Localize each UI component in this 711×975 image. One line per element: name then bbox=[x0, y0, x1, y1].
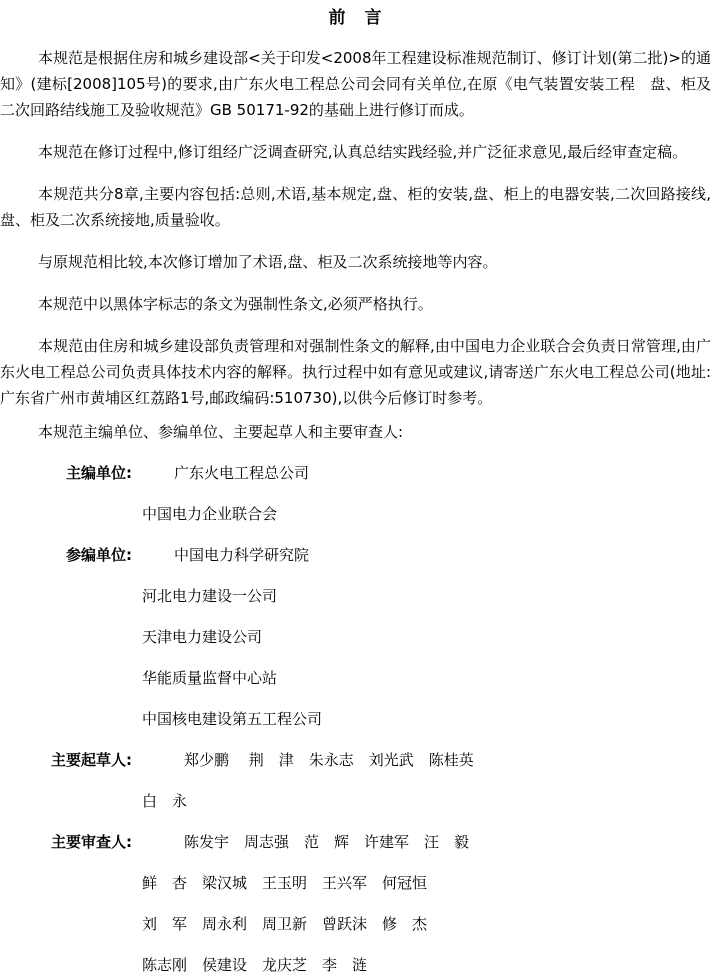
roster-row-chief-reviewers-cont: 刘 军 周永利 周卫新 曾跃沫 修 杰 bbox=[0, 911, 711, 937]
roster-value: 中国电力企业联合会 bbox=[142, 501, 277, 527]
foreword-paragraph-3: 本规范共分8章,主要内容包括:总则,术语,基本规定,盘、柜的安装,盘、柜上的电器… bbox=[0, 181, 711, 233]
roster-value: 河北电力建设一公司 bbox=[142, 583, 277, 609]
credits-roster: 主编单位:广东火电工程总公司 中国电力企业联合会 参编单位:中国电力科学研究院 … bbox=[0, 460, 711, 975]
roster-value: 陈志刚 侯建设 龙庆芝 李 涟 bbox=[142, 952, 367, 975]
roster-value: 天津电力建设公司 bbox=[142, 624, 262, 650]
roster-row-participating-unit-cont: 河北电力建设一公司 bbox=[0, 583, 711, 609]
foreword-paragraph-2: 本规范在修订过程中,修订组经广泛调查研究,认真总结实践经验,并广泛征求意见,最后… bbox=[0, 139, 711, 165]
roster-row-chief-drafters: 主要起草人:郑少鹏 荆 津 朱永志 刘光武 陈桂英 bbox=[0, 747, 711, 773]
roster-row-chief-reviewers-cont: 陈志刚 侯建设 龙庆芝 李 涟 bbox=[0, 952, 711, 975]
roster-row-chief-editor-unit: 主编单位:广东火电工程总公司 bbox=[0, 460, 711, 486]
roster-label: 主编单位: bbox=[0, 460, 132, 486]
roster-value: 中国核电建设第五工程公司 bbox=[142, 706, 322, 732]
roster-value: 中国电力科学研究院 bbox=[174, 542, 309, 568]
roster-value: 鲜 杏 梁汉城 王玉明 王兴军 何冠恒 bbox=[142, 870, 427, 896]
roster-row-chief-drafters-cont: 白 永 bbox=[0, 788, 711, 814]
roster-label: 主要审查人: bbox=[0, 829, 132, 855]
roster-label: 主要起草人: bbox=[0, 747, 132, 773]
roster-row-chief-reviewers: 主要审查人:陈发宇 周志强 范 辉 许建军 汪 毅 bbox=[0, 829, 711, 855]
foreword-paragraph-7: 本规范主编单位、参编单位、主要起草人和主要审查人: bbox=[0, 419, 711, 445]
roster-row-participating-unit-cont: 中国核电建设第五工程公司 bbox=[0, 706, 711, 732]
document-page: 前 言 本规范是根据住房和城乡建设部<关于印发<2008年工程建设标准规范制订、… bbox=[0, 0, 711, 975]
roster-value: 刘 军 周永利 周卫新 曾跃沫 修 杰 bbox=[142, 911, 427, 937]
roster-value: 华能质量监督中心站 bbox=[142, 665, 277, 691]
foreword-paragraph-1: 本规范是根据住房和城乡建设部<关于印发<2008年工程建设标准规范制订、修订计划… bbox=[0, 45, 711, 123]
roster-row-participating-unit-cont: 天津电力建设公司 bbox=[0, 624, 711, 650]
roster-row-chief-reviewers-cont: 鲜 杏 梁汉城 王玉明 王兴军 何冠恒 bbox=[0, 870, 711, 896]
foreword-paragraph-5: 本规范中以黑体字标志的条文为强制性条文,必须严格执行。 bbox=[0, 291, 711, 317]
roster-label: 参编单位: bbox=[0, 542, 132, 568]
foreword-paragraph-4: 与原规范相比较,本次修订增加了术语,盘、柜及二次系统接地等内容。 bbox=[0, 249, 711, 275]
roster-row-participating-unit-cont: 华能质量监督中心站 bbox=[0, 665, 711, 691]
roster-value: 白 永 bbox=[142, 788, 187, 814]
roster-row-participating-unit: 参编单位:中国电力科学研究院 bbox=[0, 542, 711, 568]
roster-value: 陈发宇 周志强 范 辉 许建军 汪 毅 bbox=[184, 829, 469, 855]
roster-value: 郑少鹏 荆 津 朱永志 刘光武 陈桂英 bbox=[184, 747, 474, 773]
page-title: 前 言 bbox=[0, 0, 711, 29]
roster-row-chief-editor-unit-cont: 中国电力企业联合会 bbox=[0, 501, 711, 527]
foreword-paragraph-6: 本规范由住房和城乡建设部负责管理和对强制性条文的解释,由中国电力企业联合会负责日… bbox=[0, 333, 711, 411]
roster-value: 广东火电工程总公司 bbox=[174, 460, 309, 486]
